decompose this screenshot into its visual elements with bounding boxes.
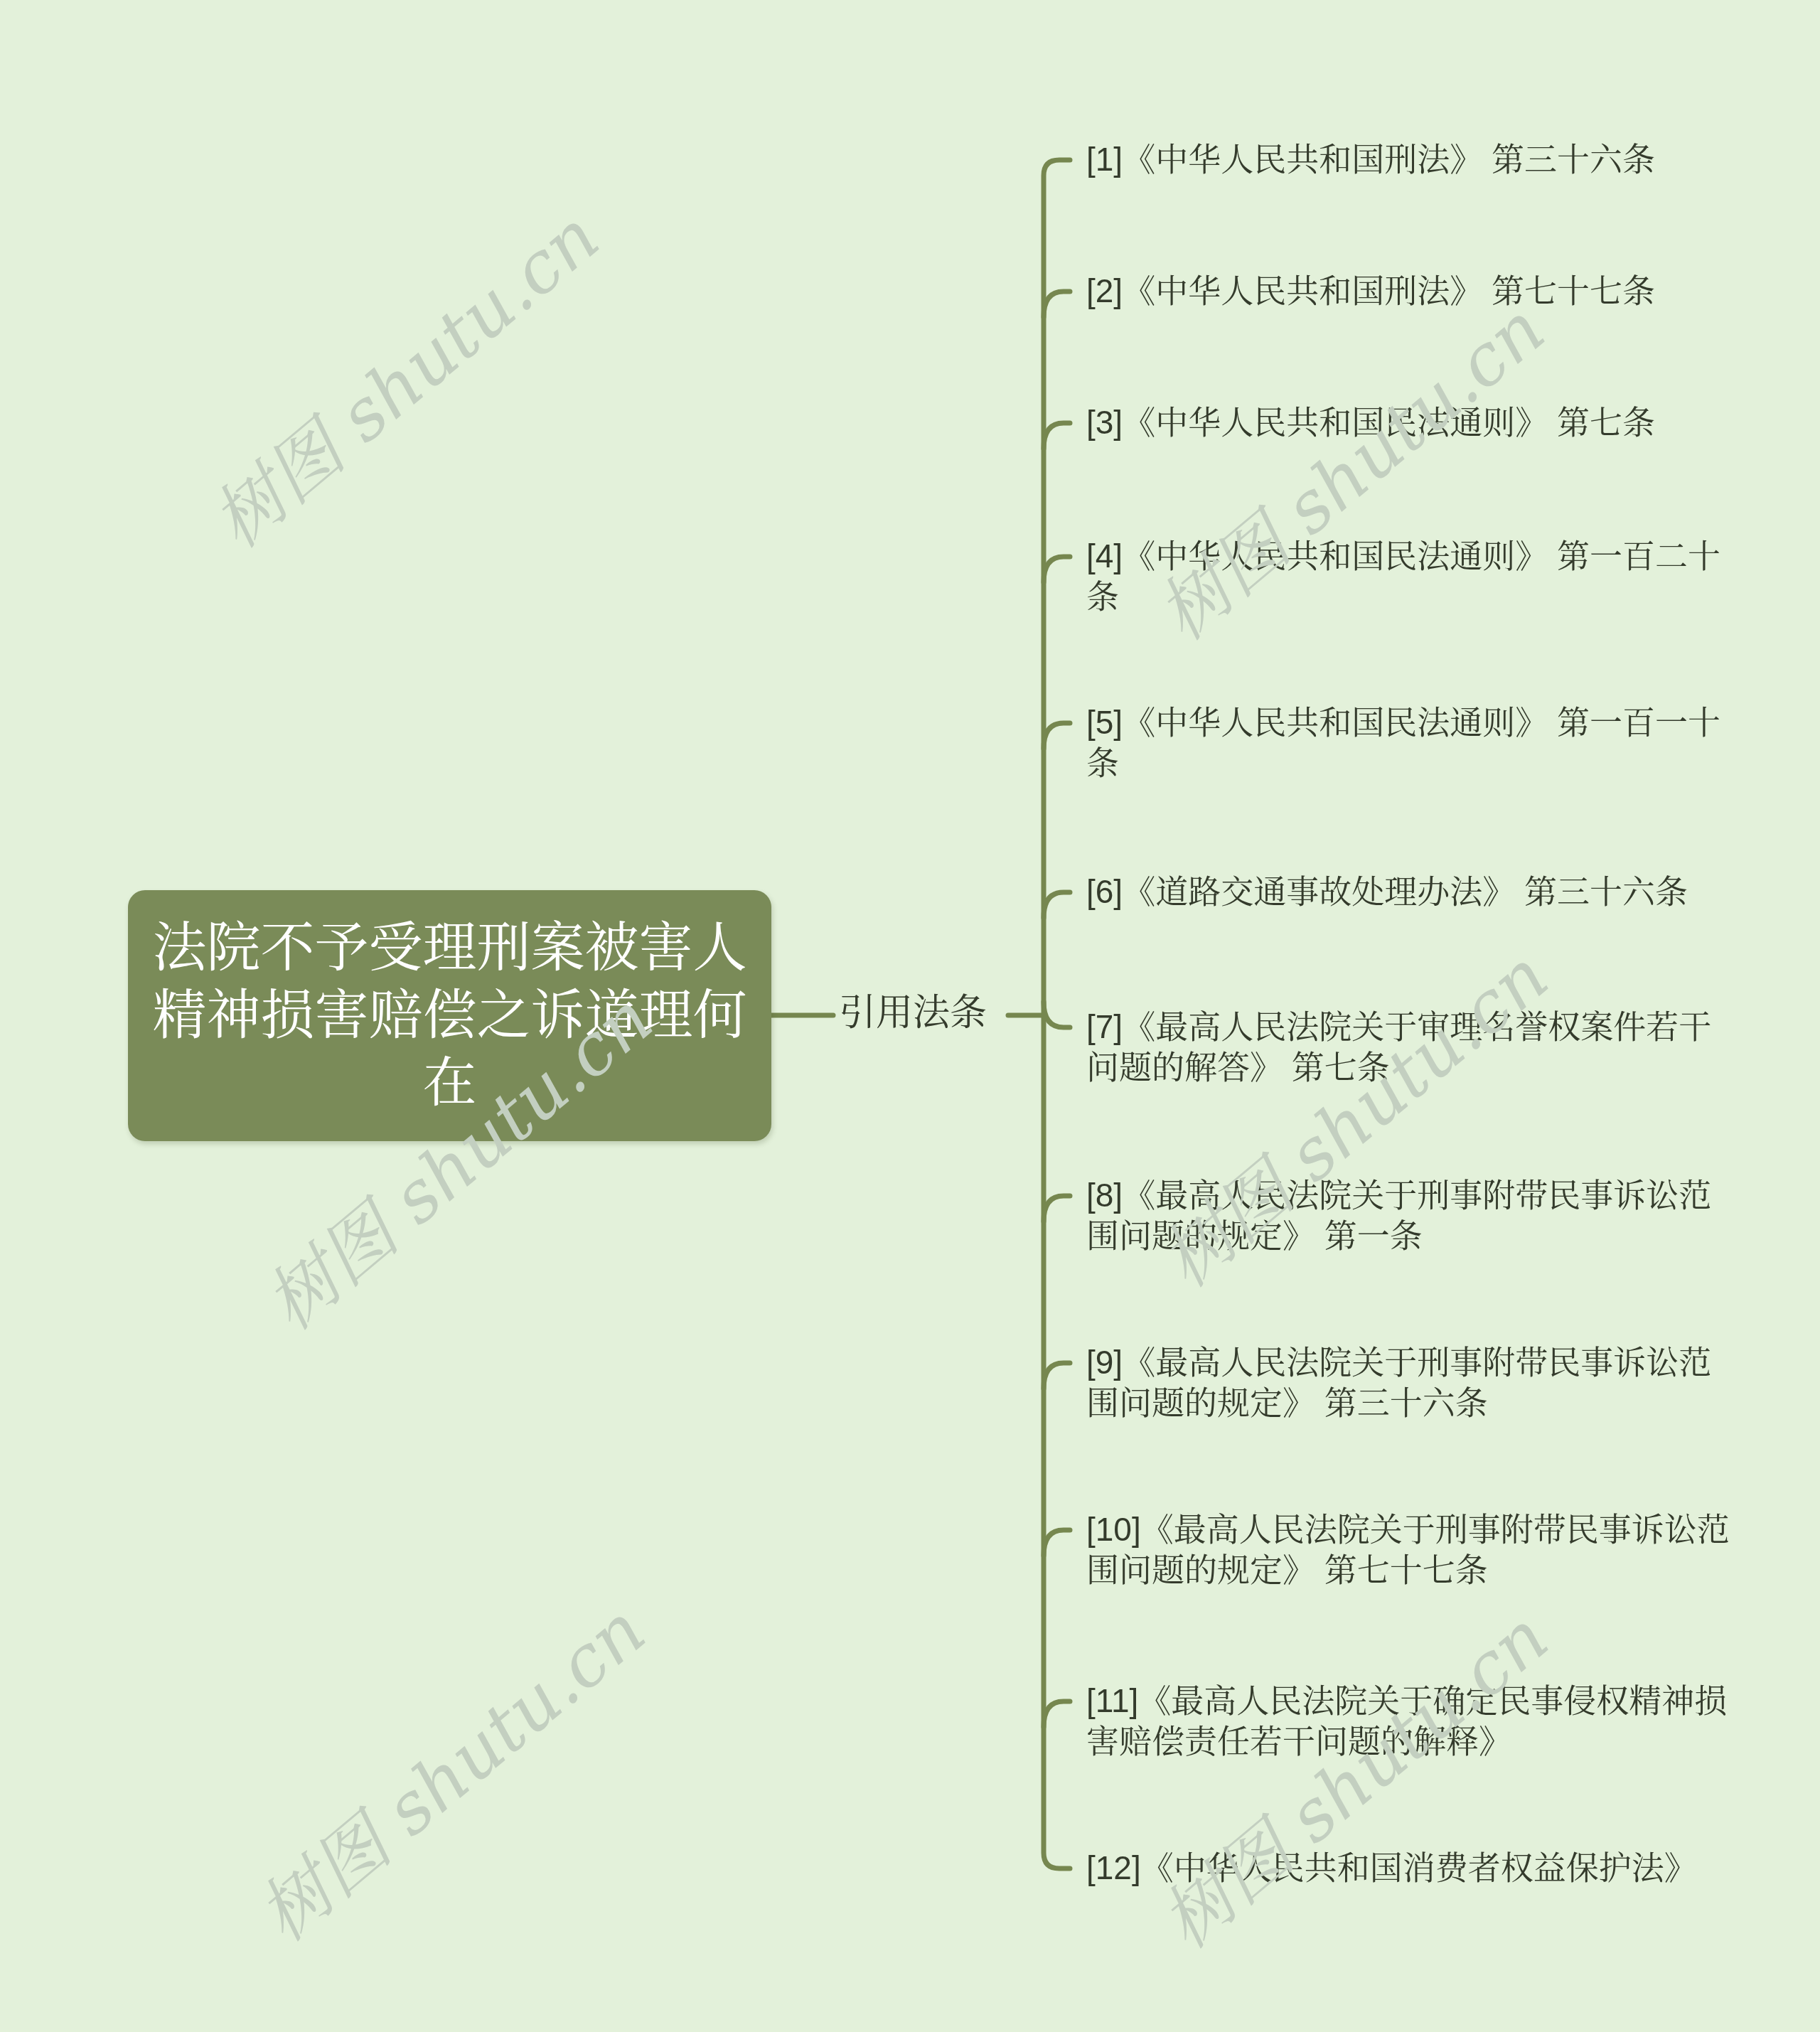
hook-item-4 (1044, 557, 1070, 582)
law-item-5[interactable]: [5]《中华人民共和国民法通则》 第一百一十 条 (1086, 702, 1755, 784)
hook-item-2 (1044, 292, 1070, 317)
hook-item-8 (1044, 1196, 1070, 1221)
law-item-8[interactable]: [8]《最高人民法院关于刑事附带民事诉讼范 围问题的规定》 第一条 (1086, 1175, 1755, 1256)
hook-item-5 (1044, 723, 1070, 749)
law-item-2[interactable]: [2]《中华人民共和国刑法》 第七十七条 (1086, 271, 1755, 311)
hook-item-3 (1044, 423, 1070, 449)
root-topic-label: 法院不予受理刑案被害人精神损害赔偿之诉道理何在 (128, 890, 771, 1141)
hook-item-11 (1044, 1701, 1070, 1727)
law-item-12[interactable]: [12]《中华人民共和国消费者权益保护法》 (1086, 1848, 1755, 1888)
law-item-3[interactable]: [3]《中华人民共和国民法通则》 第七条 (1086, 402, 1755, 443)
law-item-11[interactable]: [11]《最高人民法院关于确定民事侵权精神损 害赔偿责任若干问题的解释》 (1086, 1681, 1755, 1762)
law-item-6[interactable]: [6]《道路交通事故处理办法》 第三十六条 (1086, 872, 1755, 912)
law-item-1[interactable]: [1]《中华人民共和国刑法》 第三十六条 (1086, 139, 1755, 180)
hook-item-7 (1044, 1002, 1070, 1027)
hook-item-9 (1044, 1363, 1070, 1389)
law-item-4[interactable]: [4]《中华人民共和国民法通则》 第一百二十 条 (1086, 536, 1755, 617)
branch-topic-cited-laws[interactable]: 引用法条 (839, 993, 987, 1034)
hook-item-10 (1044, 1530, 1070, 1556)
law-item-7[interactable]: [7]《最高人民法院关于审理名誉权案件若干 问题的解答》 第七条 (1086, 1007, 1755, 1088)
law-item-10[interactable]: [10]《最高人民法院关于刑事附带民事诉讼范 围问题的规定》 第七十七条 (1086, 1509, 1755, 1590)
hook-item-6 (1044, 892, 1070, 918)
law-item-9[interactable]: [9]《最高人民法院关于刑事附带民事诉讼范 围问题的规定》 第三十六条 (1086, 1342, 1755, 1423)
